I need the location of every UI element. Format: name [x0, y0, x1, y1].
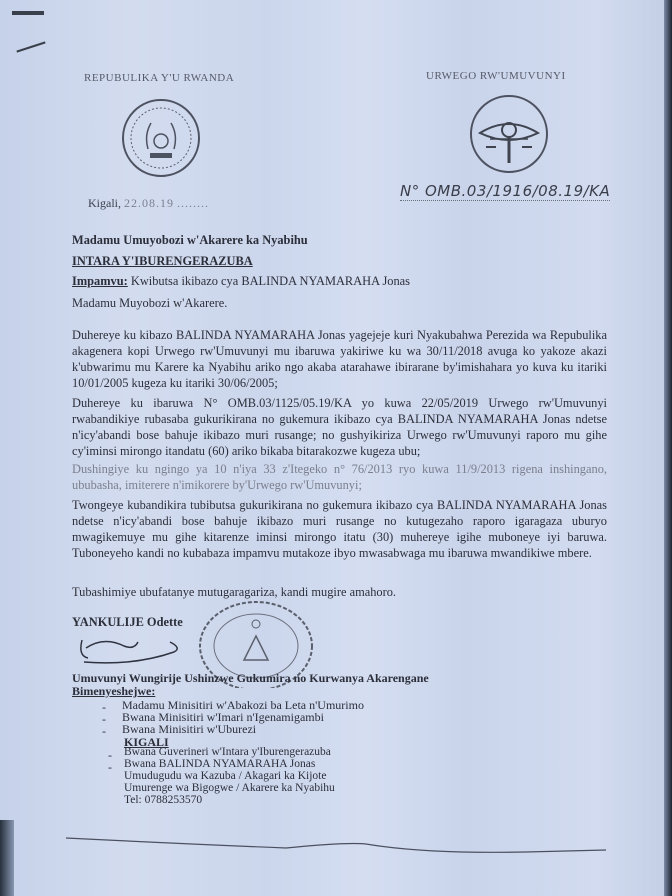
subject-label: Impamvu:: [72, 274, 128, 288]
cc-address-2: Umurenge wa Bigogwe / Akarere ka Nyabihu: [124, 782, 335, 794]
body-paragraph-4: Twongeye kubandikira tubibutsa gukurikir…: [72, 497, 607, 561]
body-paragraph-3: Dushingiye ku ngingo ya 10 n'iya 33 z'It…: [72, 461, 607, 493]
copies-label: Bimenyeshejwe:: [72, 684, 155, 698]
republic-header: REPUBULIKA Y'U RWANDA: [84, 72, 234, 84]
cc-bullet: -: [108, 760, 112, 775]
pen-mark: [16, 41, 45, 52]
cc-phone: Tel: 0788253570: [124, 794, 202, 806]
date-handwritten: 22.08.19: [124, 196, 174, 210]
body-paragraph-1: Duhereye ku kibazo BALINDA NYAMARAHA Jon…: [72, 327, 607, 391]
place-label: Kigali,: [88, 196, 121, 210]
cc-bullet: -: [102, 724, 106, 739]
cc-item-4: Bwana Guverineri w'Intara y'Iburengerazu…: [124, 746, 331, 758]
footer-rule: [66, 836, 606, 856]
body-paragraph-2: Duhereye ku ibaruwa N° OMB.03/1125/05.19…: [72, 395, 607, 459]
subject-text: Kwibutsa ikibazo cya BALINDA NYAMARAHA J…: [131, 274, 410, 288]
subject-line: Impamvu: Kwibutsa ikibazo cya BALINDA NY…: [72, 273, 607, 289]
ombudsman-header: URWEGO RW'UMUVUNYI: [426, 70, 566, 82]
reference-number: N° OMB.03/1916/08.19/KA: [400, 182, 610, 201]
recipient-province: INTARA Y'IBURENGERAZUBA: [72, 253, 607, 269]
closing-line: Tubashimiye ubufatanye mutugaragariza, k…: [72, 584, 607, 600]
cc-address-1: Umudugudu wa Kazuba / Akagari ka Kijote: [124, 770, 326, 782]
staple-mark: [12, 11, 44, 15]
letter-page: REPUBULIKA Y'U RWANDA Kigali, 22.08.19 .…: [0, 0, 664, 896]
paper-edge-shadow: [664, 0, 672, 896]
recipient-line1: Madamu Umuyobozi w'Akarere ka Nyabihu: [72, 232, 607, 248]
salutation: Madamu Muyobozi w'Akarere.: [72, 295, 607, 311]
cc-item-5: Bwana BALINDA NYAMARAHA Jonas: [124, 758, 315, 770]
ombudsman-eye-scales-seal-icon: [470, 95, 548, 173]
date-dotted-line: ........: [177, 196, 209, 210]
handwritten-signature-icon: [74, 628, 184, 673]
rwanda-coat-of-arms-seal-icon: [122, 99, 200, 177]
date-line: Kigali, 22.08.19 ........: [88, 196, 209, 211]
background-surface: [0, 820, 14, 896]
